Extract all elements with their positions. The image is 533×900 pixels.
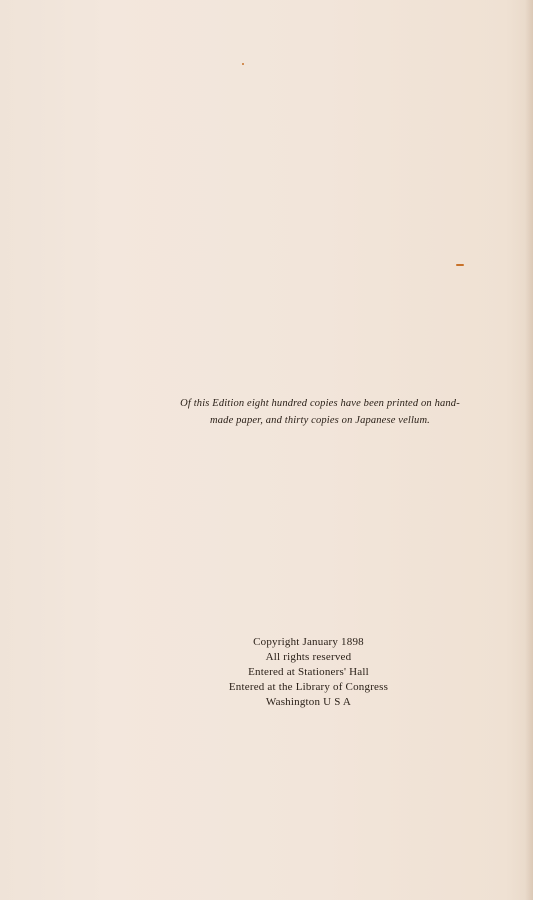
stationers-hall-line: Entered at Stationers' Hall [42, 665, 533, 680]
copyright-block: Copyright January 1898 All rights reserv… [0, 635, 533, 710]
limitation-notice: Of this Edition eight hundred copies hav… [140, 395, 500, 429]
paper-speck [456, 264, 464, 266]
washington-line: Washington U S A [42, 695, 533, 710]
rights-line: All rights reserved [42, 650, 533, 665]
limitation-line-1: Of this Edition eight hundred copies hav… [140, 395, 500, 412]
page-edge-shadow [525, 0, 533, 900]
library-of-congress-line: Entered at the Library of Congress [42, 680, 533, 695]
copyright-line: Copyright January 1898 [42, 635, 533, 650]
paper-speck [242, 63, 244, 65]
limitation-line-2: made paper, and thirty copies on Japanes… [140, 412, 500, 429]
